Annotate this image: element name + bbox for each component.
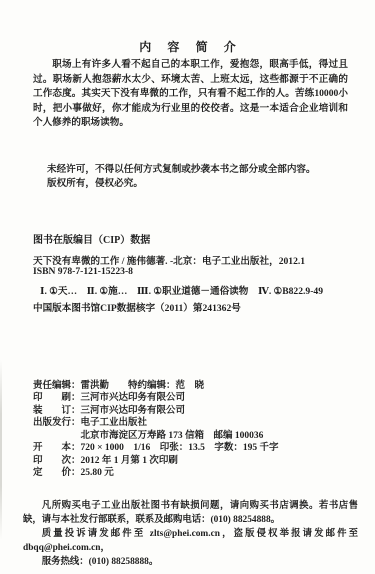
copyright-page: 内 容 简 介 职场上有许多人看不起自己的本职工作，爱抱怨，眼高手低，得过且过。… bbox=[0, 0, 375, 574]
book-summary-paragraph: 职场上有许多人看不起自己的本职工作，爱抱怨，眼高手低，得过且过。职场新人抱怨薪水… bbox=[33, 58, 348, 131]
cip-heading: 图书在版编目（CIP）数据 bbox=[33, 231, 150, 246]
colophon-line-print-run: 印 次：2012 年 1 月第 1 次印刷 bbox=[33, 455, 355, 467]
colophon-line-editor: 责任编辑：雷洪勤 特约编辑：范 晓 bbox=[33, 380, 355, 392]
section-title: 内 容 简 介 bbox=[0, 38, 375, 55]
colophon-line-binding: 装 订：三河市兴达印务有限公司 bbox=[33, 405, 355, 417]
cip-title-line: 天下没有卑微的工作 / 施伟德著. -北京：电子工业出版社，2012.1 bbox=[33, 253, 305, 267]
colophon-line-format: 开 本：720 × 1000 1/16 印张：13.5 字数：195 千字 bbox=[33, 442, 355, 454]
colophon-line-price: 定 价：25.80 元 bbox=[33, 467, 355, 479]
isbn-number: ISBN 978-7-121-15223-8 bbox=[33, 266, 133, 277]
colophon-line-publisher: 出版发行：电子工业出版社 bbox=[33, 417, 355, 429]
service-hotline-line: 服务热线：(010) 88258888。 bbox=[23, 556, 358, 570]
colophon-block: 责任编辑：雷洪勤 特约编辑：范 晓 印 刷：三河市兴达印务有限公司 装 订：三河… bbox=[33, 380, 355, 480]
quality-complaint-line: 质量投诉请发邮件至 zlts@phei.com.cn，盗版侵权举报请发邮件至 d… bbox=[23, 528, 358, 556]
scan-edge-artifact bbox=[0, 360, 2, 540]
cip-classification: Ⅰ. ①天… Ⅱ. ①施… Ⅲ. ①职业道德－通俗读物 Ⅳ. ①B822.9-4… bbox=[40, 283, 323, 297]
purchase-notice-block: 凡所购买电子工业出版社图书有缺损问题，请向购买书店调换。若书店售缺，请与本社发行… bbox=[23, 500, 358, 570]
colophon-line-address: 北京市海淀区万寿路 173 信箱 邮编 100036 bbox=[33, 430, 355, 442]
copyright-notice-line: 未经许可，不得以任何方式复制或抄袭本书之部分或全部内容。 bbox=[47, 163, 355, 177]
purchase-notice-paragraph: 凡所购买电子工业出版社图书有缺损问题，请向购买书店调换。若书店售缺，请与本社发行… bbox=[23, 500, 358, 528]
copyright-notice-line: 版权所有，侵权必究。 bbox=[47, 177, 355, 191]
copyright-notice: 未经许可，不得以任何方式复制或抄袭本书之部分或全部内容。 版权所有，侵权必究。 bbox=[47, 163, 355, 190]
colophon-line-printer: 印 刷：三河市兴达印务有限公司 bbox=[33, 392, 355, 404]
cip-record-number: 中国版本图书馆CIP数据核字（2011）第241362号 bbox=[33, 300, 241, 314]
